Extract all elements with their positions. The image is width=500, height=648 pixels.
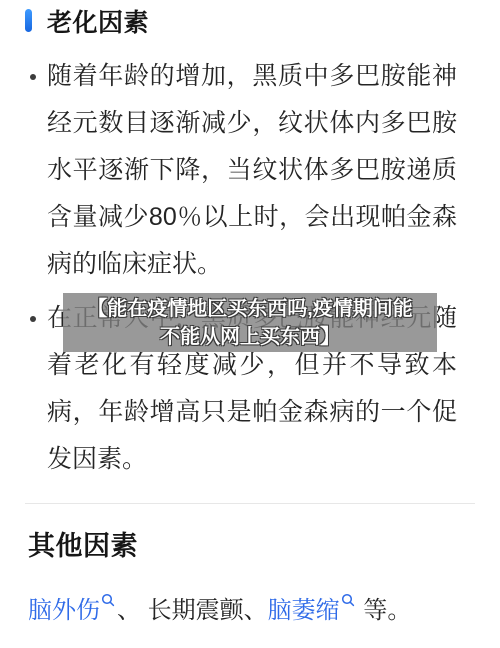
aging-section-header: 老化因素 [47, 4, 500, 38]
section-divider [25, 503, 475, 504]
search-icon[interactable] [101, 593, 115, 607]
aging-bullet-list: 随着年龄的增加，黑质中多巴胺能神经元数目逐渐减少，纹状体内多巴胺水平逐渐下降，当… [0, 53, 500, 483]
link-brain-atrophy[interactable]: 脑萎缩 [268, 597, 340, 624]
watermark-overlay: 【能在疫情地区买东西吗,疫情期间能 不能从网上买东西】 [63, 293, 437, 352]
plain-text-segment: 、 长期震颤、 [117, 597, 268, 624]
bullet-text: 随着年龄的增加，黑质中多巴胺能神经元数目逐渐减少，纹状体内多巴胺水平逐渐下降，当… [47, 62, 457, 278]
watermark-line-2: 不能从网上买东西】 [160, 323, 340, 351]
other-section-title: 其他因素 [28, 524, 138, 563]
bullet-item: 随着年龄的增加，黑质中多巴胺能神经元数目逐渐减少，纹状体内多巴胺水平逐渐下降，当… [47, 53, 457, 288]
watermark-line-1: 【能在疫情地区买东西吗,疫情期间能 [87, 295, 413, 323]
plain-text-segment: 等。 [357, 597, 412, 624]
link-brain-trauma[interactable]: 脑外伤 [28, 597, 100, 624]
accent-bar [25, 9, 32, 32]
bullet-dot-icon [30, 316, 36, 322]
other-factors-line: 脑外伤 、 长期震颤、脑萎缩 等。 [28, 592, 411, 630]
bullet-dot-icon [30, 74, 36, 80]
search-icon[interactable] [341, 593, 355, 607]
aging-section-title: 老化因素 [47, 3, 149, 39]
